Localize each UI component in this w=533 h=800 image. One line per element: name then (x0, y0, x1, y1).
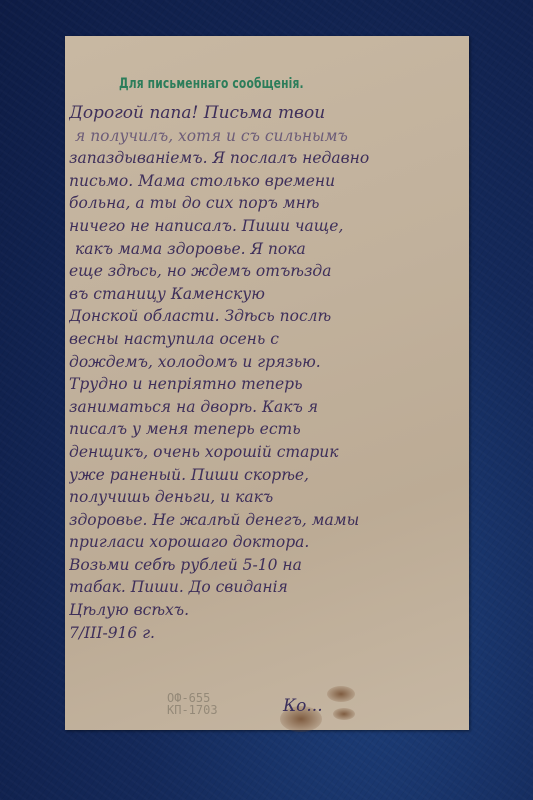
letter-line: Донской области. Здѣсь послѣ (69, 305, 467, 328)
handwritten-letter: Дорогой папа! Письма твои я получилъ, хо… (69, 102, 467, 644)
letter-line: въ станицу Каменскую (69, 283, 467, 306)
ink-stain (333, 708, 355, 720)
letter-line: табак. Пиши. До свиданія (69, 576, 467, 599)
letter-line: Трудно и непріятно теперь (69, 373, 467, 396)
letter-line: здоровье. Не жалѣй денегъ, мамы (69, 509, 467, 532)
letter-line: дождемъ, холодомъ и грязью. (69, 351, 467, 374)
letter-line: запаздываніемъ. Я послалъ недавно (69, 147, 467, 170)
letter-line: письмо. Мама столько времени (69, 170, 467, 193)
postcard: Для письменнаго сообщенія. Дорогой папа!… (65, 36, 469, 730)
letter-line: какъ мама здоровье. Я пока (69, 238, 467, 261)
letter-line: уже раненый. Пиши скорѣе, (69, 464, 467, 487)
printed-header: Для письменнаго сообщенія. (119, 76, 304, 92)
letter-line: пригласи хорошаго доктора. (69, 531, 467, 554)
letter-line: заниматься на дворѣ. Какъ я (69, 396, 467, 419)
letter-line: больна, а ты до сих поръ мнѣ (69, 192, 467, 215)
letter-line: Дорогой папа! Письма твои (69, 102, 467, 125)
letter-line: Цѣлую всѣхъ. (69, 599, 467, 622)
letter-line: 7/III-916 г. (69, 622, 467, 645)
letter-line: еще здѣсь, но ждемъ отъѣзда (69, 260, 467, 283)
letter-line: получишь деньги, и какъ (69, 486, 467, 509)
letter-line: я получилъ, хотя и съ сильнымъ (69, 125, 467, 148)
letter-line: денщикъ, очень хорошій старик (69, 441, 467, 464)
archive-mark: ОФ-655 КП-1703 (167, 692, 218, 716)
letter-line: весны наступила осень с (69, 328, 467, 351)
signature: Ко... (283, 696, 323, 716)
archive-mark-line: КП-1703 (167, 704, 218, 716)
letter-line: писалъ у меня теперь есть (69, 418, 467, 441)
ink-stain (327, 686, 355, 702)
letter-line: ничего не написалъ. Пиши чаще, (69, 215, 467, 238)
letter-line: Возьми себѣ рублей 5-10 на (69, 554, 467, 577)
